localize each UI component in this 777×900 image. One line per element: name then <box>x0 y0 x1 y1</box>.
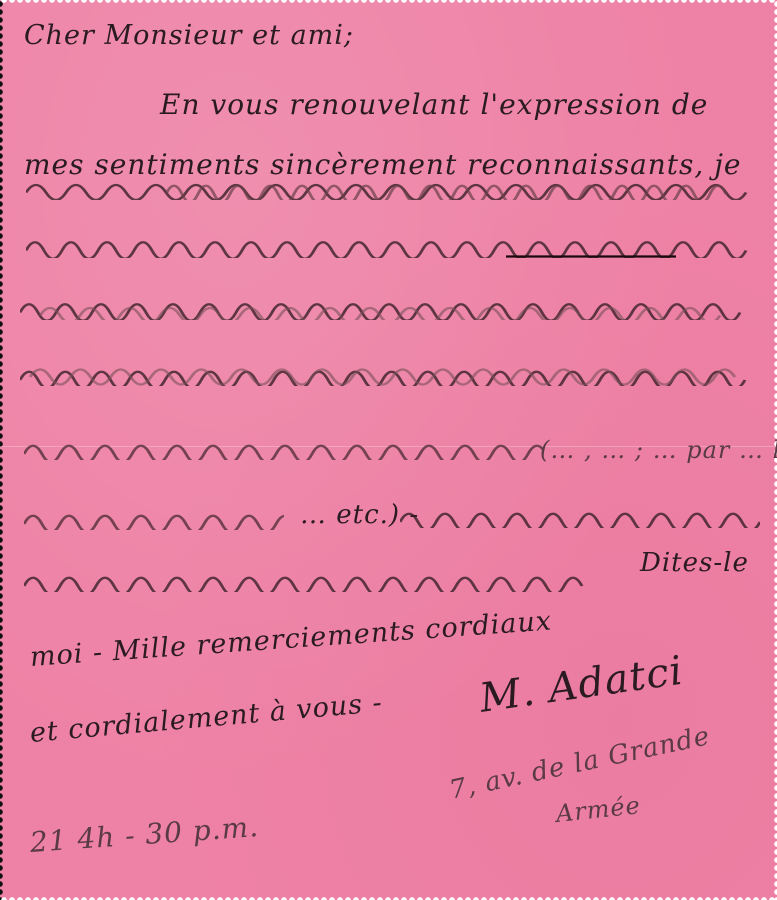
struck-line-5 <box>24 430 544 460</box>
perforated-edge-bottom <box>0 895 777 900</box>
body-line-1: En vous renouvelant l'expression de <box>160 88 708 121</box>
closing-line-2: et cordialement à vous - <box>29 687 384 749</box>
perforated-edge-top <box>0 0 777 5</box>
date-time: 21 4h - 30 p.m. <box>29 810 260 859</box>
struck-line-2 <box>26 228 756 258</box>
letter-sheet: Cher Monsieur et ami; En vous renouvelan… <box>0 0 777 900</box>
signature: M. Adatci <box>477 648 686 722</box>
struck-line-1 <box>26 170 756 200</box>
struck-fragment-opera: (… , … ; … par … l'Opéra; <box>540 436 777 464</box>
address-line-2: Armée <box>555 791 642 828</box>
struck-line-6b <box>400 498 760 528</box>
struck-line-6a <box>24 500 284 530</box>
struck-line-7 <box>24 562 594 592</box>
address-line-1: 7, av. de la Grande <box>447 721 713 806</box>
struck-line-3 <box>20 290 750 320</box>
salutation: Cher Monsieur et ami; <box>24 20 354 51</box>
perforated-edge-left <box>0 0 6 900</box>
closing-line-1: moi - Mille remerciements cordiaux <box>29 606 553 673</box>
dites-le-text: Dites-le <box>640 548 749 578</box>
struck-line-4 <box>20 356 755 386</box>
